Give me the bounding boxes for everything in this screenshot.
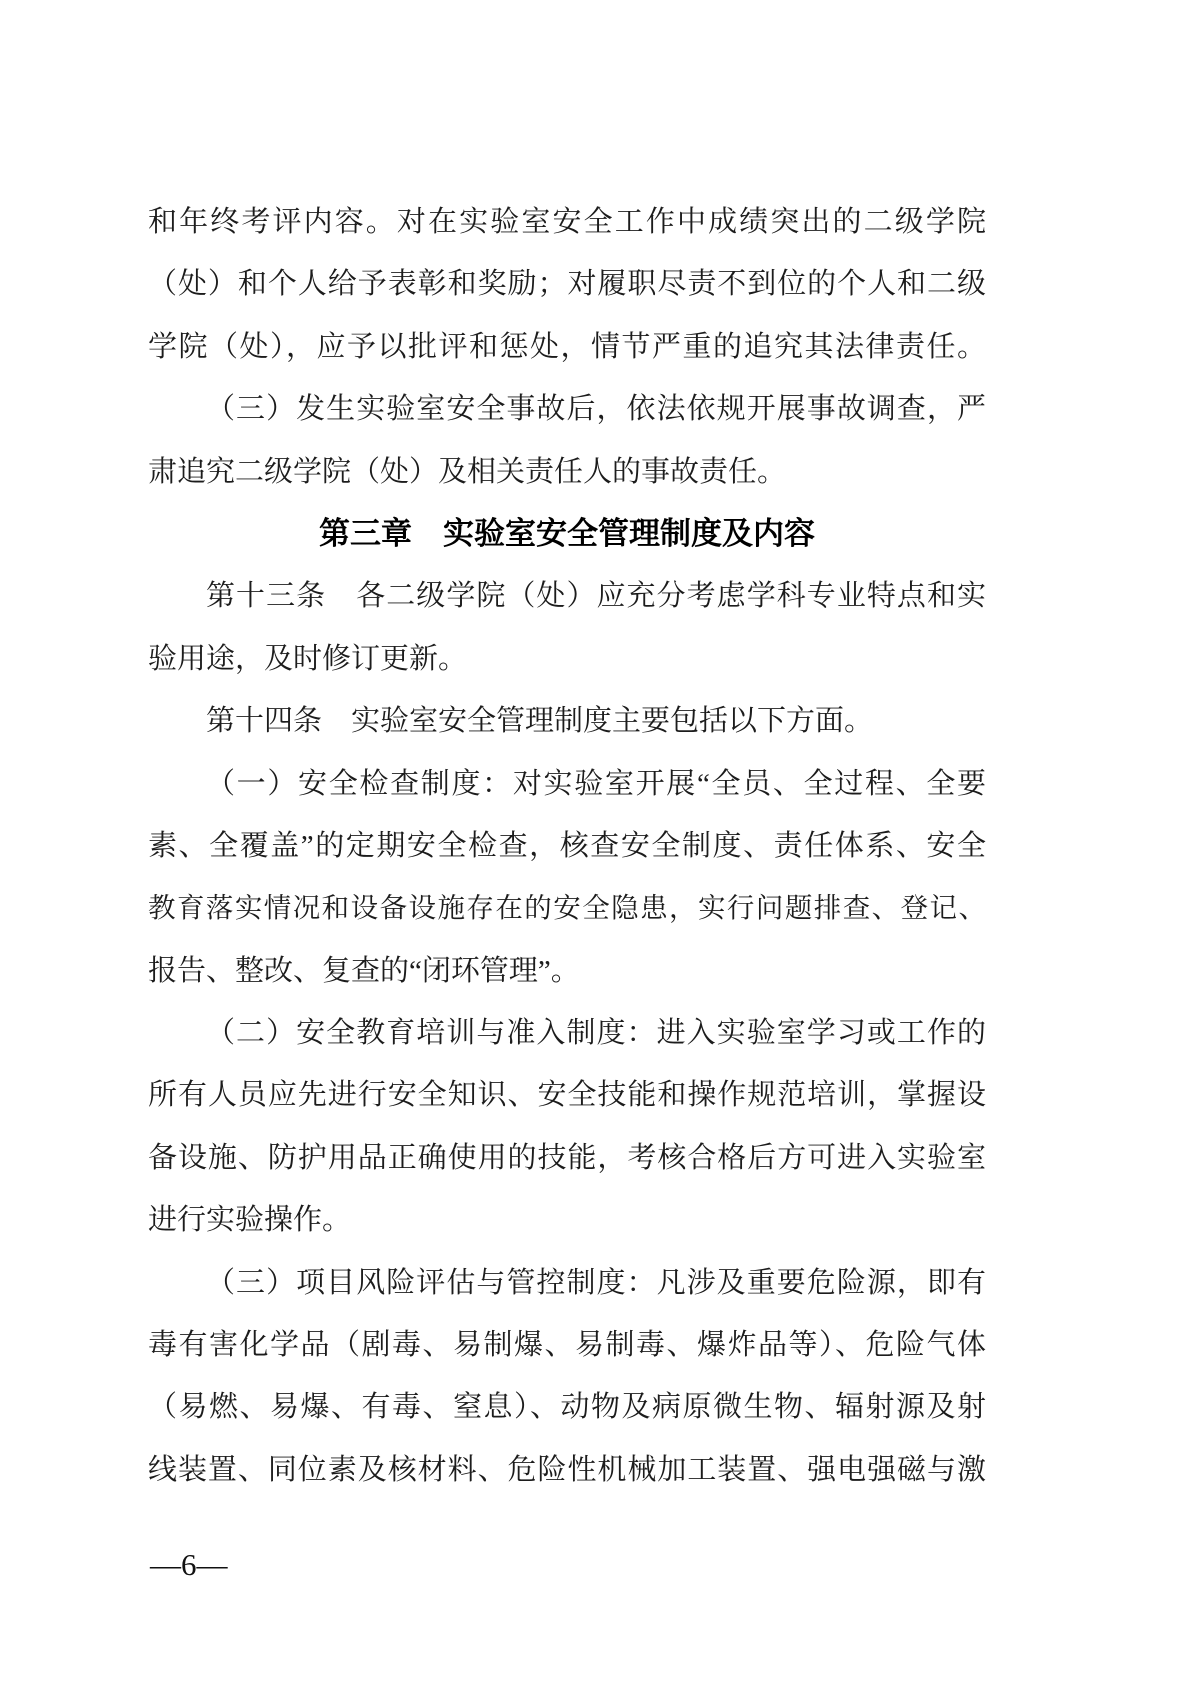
text-line: 和年终考评内容。对在实验室安全工作中成绩突出的二级学院	[148, 191, 986, 253]
text-line: （三）发生实验室安全事故后，依法依规开展事故调查，严	[148, 378, 986, 440]
document-page: 和年终考评内容。对在实验室安全工作中成绩突出的二级学院 （处）和个人给予表彰和奖…	[0, 0, 1191, 1684]
text-line: 第十四条 实验室安全管理制度主要包括以下方面。	[148, 690, 986, 752]
text-line: （一）安全检查制度：对实验室开展“全员、全过程、全要	[148, 753, 986, 815]
text-line: 肃追究二级学院（处）及相关责任人的事故责任。	[148, 441, 986, 503]
text-line: （二）安全教育培训与准入制度：进入实验室学习或工作的	[148, 1002, 986, 1064]
text-line: 进行实验操作。	[148, 1189, 986, 1251]
text-line: 素、全覆盖”的定期安全检查，核查安全制度、责任体系、安全	[148, 815, 986, 877]
text-line: 报告、整改、复查的“闭环管理”。	[148, 940, 986, 1002]
text-line: （三）项目风险评估与管控制度：凡涉及重要危险源，即有	[148, 1252, 986, 1314]
text-line: （易燃、易爆、有毒、窒息）、动物及病原微生物、辐射源及射	[148, 1376, 986, 1438]
page-number: —6—	[150, 1538, 228, 1592]
text-line: 备设施、防护用品正确使用的技能，考核合格后方可进入实验室	[148, 1127, 986, 1189]
document-body: 和年终考评内容。对在实验室安全工作中成绩突出的二级学院 （处）和个人给予表彰和奖…	[148, 191, 986, 1501]
text-line: 所有人员应先进行安全知识、安全技能和操作规范培训，掌握设	[148, 1064, 986, 1126]
chapter-heading: 第三章 实验室安全管理制度及内容	[148, 503, 986, 565]
text-line: 线装置、同位素及核材料、危险性机械加工装置、强电强磁与激	[148, 1439, 986, 1501]
text-line: 学院（处），应予以批评和惩处，情节严重的追究其法律责任。	[148, 316, 986, 378]
text-line: （处）和个人给予表彰和奖励；对履职尽责不到位的个人和二级	[148, 253, 986, 315]
text-line: 第十三条 各二级学院（处）应充分考虑学科专业特点和实	[148, 565, 986, 627]
text-line: 验用途，及时修订更新。	[148, 628, 986, 690]
text-line: 毒有害化学品（剧毒、易制爆、易制毒、爆炸品等）、危险气体	[148, 1314, 986, 1376]
text-line: 教育落实情况和设备设施存在的安全隐患，实行问题排查、登记、	[148, 877, 986, 939]
